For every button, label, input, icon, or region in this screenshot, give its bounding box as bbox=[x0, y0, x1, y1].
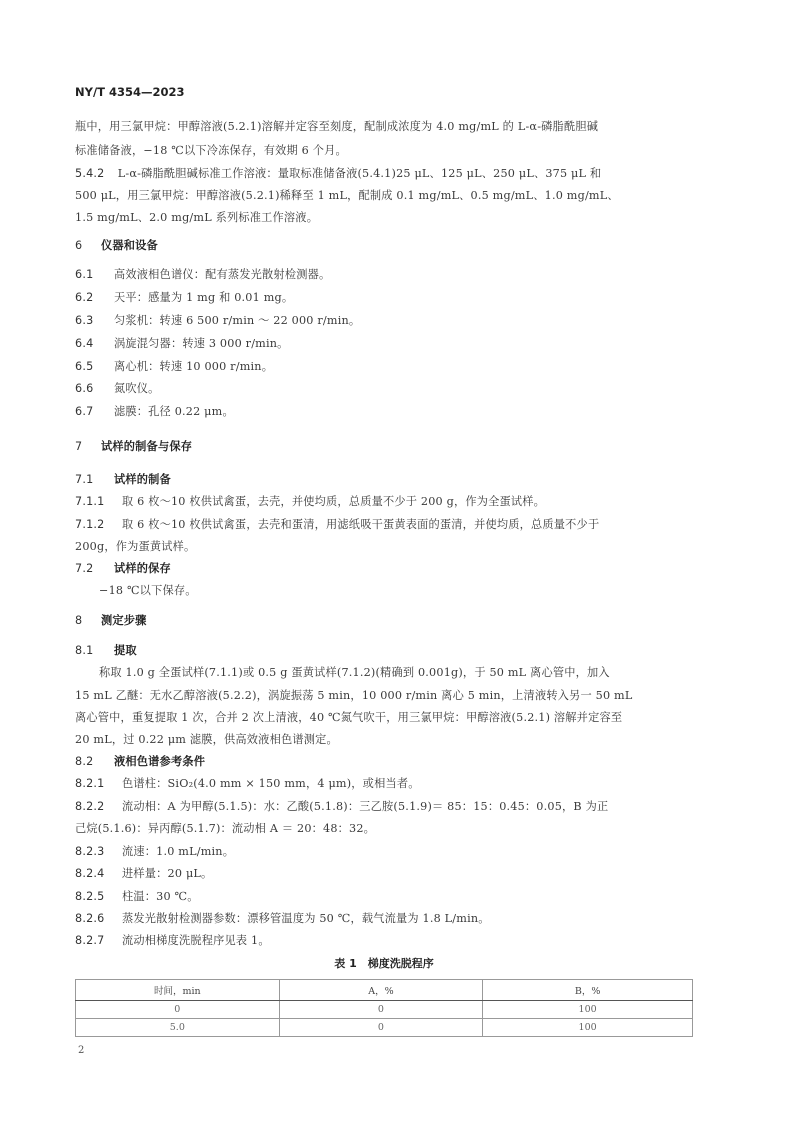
paragraph-line: 20 mL，过 0.22 μm 滤膜，供高效液相色谱测定。 bbox=[75, 732, 689, 748]
clause-number: 6.3 bbox=[75, 313, 114, 329]
clause-number: 6.4 bbox=[75, 336, 114, 352]
clause-number: 8.2.5 bbox=[75, 889, 122, 905]
clause-text: 天平：感量为 1 mg 和 0.01 mg。 bbox=[114, 291, 293, 304]
paragraph-line: 200g，作为蛋黄试样。 bbox=[75, 539, 689, 555]
clause-number: 7.2 bbox=[75, 561, 114, 577]
table-cell: 5.0 bbox=[76, 1019, 280, 1037]
paragraph-line: −18 ℃以下保存。 bbox=[99, 583, 689, 599]
table-cell: 100 bbox=[483, 1019, 693, 1037]
clause-number: 7.1.2 bbox=[75, 517, 122, 533]
clause-6-7: 6.7滤膜：孔径 0.22 μm。 bbox=[75, 404, 689, 420]
clause-6-3: 6.3匀浆机：转速 6 500 r/min ～ 22 000 r/min。 bbox=[75, 313, 689, 329]
clause-number: 8.2.1 bbox=[75, 776, 122, 792]
table-cell: 0 bbox=[76, 1001, 280, 1019]
paragraph-line: 15 mL 乙醚：无水乙醇溶液(5.2.2)，涡旋振荡 5 min，10 000… bbox=[75, 688, 689, 704]
section-number: 7 bbox=[75, 439, 101, 455]
clause-number: 7.1 bbox=[75, 472, 114, 488]
clause-7-1-2: 7.1.2取 6 枚～10 枚供试禽蛋，去壳和蛋清，用滤纸吸干蛋黄表面的蛋清，并… bbox=[75, 517, 689, 533]
page-number: 2 bbox=[78, 1045, 84, 1056]
paragraph-line: 称取 1.0 g 全蛋试样(7.1.1)或 0.5 g 蛋黄试样(7.1.2)(… bbox=[99, 665, 689, 681]
table-cell: 100 bbox=[483, 1001, 693, 1019]
section-number: 6 bbox=[75, 238, 101, 254]
clause-8-2-6: 8.2.6蒸发光散射检测器参数：漂移管温度为 50 ℃，载气流量为 1.8 L/… bbox=[75, 911, 689, 927]
clause-text: 进样量：20 μL。 bbox=[122, 867, 212, 880]
table-caption: 表 1 梯度洗脱程序 bbox=[75, 955, 693, 971]
clause-number: 6.2 bbox=[75, 290, 114, 306]
table-cell: 0 bbox=[279, 1019, 483, 1037]
clause-8-2-heading: 8.2液相色谱参考条件 bbox=[75, 754, 689, 770]
paragraph-line: 标准储备液，−18 ℃以下冷冻保存，有效期 6 个月。 bbox=[75, 143, 689, 159]
section-6-heading: 6仪器和设备 bbox=[75, 238, 689, 254]
paragraph-line: 离心管中，重复提取 1 次，合并 2 次上清液，40 ℃氮气吹干，用三氯甲烷：甲… bbox=[75, 710, 689, 726]
clause-6-6: 6.6氮吹仪。 bbox=[75, 381, 689, 397]
clause-8-2-1: 8.2.1色谱柱：SiO₂(4.0 mm × 150 mm，4 μm)，或相当者… bbox=[75, 776, 689, 792]
clause-number: 8.2.7 bbox=[75, 933, 122, 949]
clause-8-2-2: 8.2.2流动相：A 为甲醇(5.1.5)：水：乙酸(5.1.8)：三乙胺(5.… bbox=[75, 799, 689, 815]
clause-number: 6.5 bbox=[75, 359, 114, 375]
table-row: 0 0 100 bbox=[76, 1001, 693, 1019]
paragraph-line: 500 μL，用三氯甲烷：甲醇溶液(5.2.1)稀释至 1 mL，配制成 0.1… bbox=[75, 188, 689, 204]
clause-text: 流速：1.0 mL/min。 bbox=[122, 845, 234, 858]
clause-8-2-4: 8.2.4进样量：20 μL。 bbox=[75, 866, 689, 882]
section-number: 8 bbox=[75, 613, 101, 629]
table-cell: 0 bbox=[279, 1001, 483, 1019]
clause-text: 流动相：A 为甲醇(5.1.5)：水：乙酸(5.1.8)：三乙胺(5.1.9)＝… bbox=[122, 800, 608, 813]
clause-7-2-heading: 7.2试样的保存 bbox=[75, 561, 689, 577]
clause-text: 取 6 枚～10 枚供试禽蛋，去壳和蛋清，用滤纸吸干蛋黄表面的蛋清，并使均质，总… bbox=[122, 518, 599, 531]
clause-text: 滤膜：孔径 0.22 μm。 bbox=[114, 405, 234, 418]
clause-6-5: 6.5离心机：转速 10 000 r/min。 bbox=[75, 359, 689, 375]
clause-number: 8.1 bbox=[75, 643, 114, 659]
document-page: NY/T 4354—2023 瓶中，用三氯甲烷：甲醇溶液(5.2.1)溶解并定容… bbox=[0, 0, 793, 1122]
section-title: 测定步骤 bbox=[101, 614, 147, 627]
gradient-elution-table: 时间，min A，% B，% 0 0 100 5.0 0 100 bbox=[75, 979, 693, 1037]
clause-8-2-7: 8.2.7流动相梯度洗脱程序见表 1。 bbox=[75, 933, 689, 949]
clause-text: 高效液相色谱仪：配有蒸发光散射检测器。 bbox=[114, 268, 330, 281]
clause-8-2-3: 8.2.3流速：1.0 mL/min。 bbox=[75, 844, 689, 860]
clause-8-2-5: 8.2.5柱温：30 ℃。 bbox=[75, 889, 689, 905]
column-header-b: B，% bbox=[483, 980, 693, 1001]
clause-number: 8.2.3 bbox=[75, 844, 122, 860]
clause-number: 8.2 bbox=[75, 754, 114, 770]
clause-text: L-α-磷脂酰胆碱标准工作溶液：量取标准储备液(5.4.1)25 μL、125 … bbox=[118, 167, 602, 180]
clause-number: 8.2.4 bbox=[75, 866, 122, 882]
clause-text: 取 6 枚～10 枚供试禽蛋，去壳，并使均质，总质量不少于 200 g，作为全蛋… bbox=[122, 495, 545, 508]
paragraph-line: 1.5 mg/mL、2.0 mg/mL 系列标准工作溶液。 bbox=[75, 210, 689, 226]
clause-number: 5.4.2 bbox=[75, 166, 114, 182]
clause-number: 6.7 bbox=[75, 404, 114, 420]
clause-number: 7.1.1 bbox=[75, 494, 122, 510]
clause-title: 提取 bbox=[114, 644, 137, 657]
table-header-row: 时间，min A，% B，% bbox=[76, 980, 693, 1001]
clause-title: 试样的保存 bbox=[114, 562, 171, 575]
clause-number: 8.2.6 bbox=[75, 911, 122, 927]
column-header-time: 时间，min bbox=[76, 980, 280, 1001]
clause-5-4-2: 5.4.2 L-α-磷脂酰胆碱标准工作溶液：量取标准储备液(5.4.1)25 μ… bbox=[75, 166, 689, 182]
clause-number: 6.6 bbox=[75, 381, 114, 397]
clause-6-4: 6.4涡旋混匀器：转速 3 000 r/min。 bbox=[75, 336, 689, 352]
clause-6-1: 6.1高效液相色谱仪：配有蒸发光散射检测器。 bbox=[75, 267, 689, 283]
clause-text: 蒸发光散射检测器参数：漂移管温度为 50 ℃，载气流量为 1.8 L/min。 bbox=[122, 912, 490, 925]
clause-title: 试样的制备 bbox=[114, 473, 171, 486]
standard-id-header: NY/T 4354—2023 bbox=[75, 85, 185, 99]
clause-text: 柱温：30 ℃。 bbox=[122, 890, 199, 903]
clause-text: 离心机：转速 10 000 r/min。 bbox=[114, 360, 273, 373]
paragraph-line: 瓶中，用三氯甲烷：甲醇溶液(5.2.1)溶解并定容至刻度，配制成浓度为 4.0 … bbox=[75, 119, 689, 135]
section-8-heading: 8测定步骤 bbox=[75, 613, 689, 629]
clause-number: 6.1 bbox=[75, 267, 114, 283]
clause-text: 流动相梯度洗脱程序见表 1。 bbox=[122, 934, 270, 947]
clause-title: 液相色谱参考条件 bbox=[114, 755, 205, 768]
table-row: 5.0 0 100 bbox=[76, 1019, 693, 1037]
column-header-a: A，% bbox=[279, 980, 483, 1001]
clause-text: 匀浆机：转速 6 500 r/min ～ 22 000 r/min。 bbox=[114, 314, 360, 327]
clause-6-2: 6.2天平：感量为 1 mg 和 0.01 mg。 bbox=[75, 290, 689, 306]
clause-number: 8.2.2 bbox=[75, 799, 122, 815]
clause-7-1-heading: 7.1试样的制备 bbox=[75, 472, 689, 488]
paragraph-line: 己烷(5.1.6)：异丙醇(5.1.7)：流动相 A ＝ 20：48：32。 bbox=[75, 821, 689, 837]
section-title: 试样的制备与保存 bbox=[101, 440, 192, 453]
clause-7-1-1: 7.1.1取 6 枚～10 枚供试禽蛋，去壳，并使均质，总质量不少于 200 g… bbox=[75, 494, 689, 510]
section-7-heading: 7试样的制备与保存 bbox=[75, 439, 689, 455]
clause-text: 色谱柱：SiO₂(4.0 mm × 150 mm，4 μm)，或相当者。 bbox=[122, 777, 420, 790]
clause-8-1-heading: 8.1提取 bbox=[75, 643, 689, 659]
clause-text: 涡旋混匀器：转速 3 000 r/min。 bbox=[114, 337, 289, 350]
clause-text: 氮吹仪。 bbox=[114, 382, 160, 395]
section-title: 仪器和设备 bbox=[101, 239, 158, 252]
